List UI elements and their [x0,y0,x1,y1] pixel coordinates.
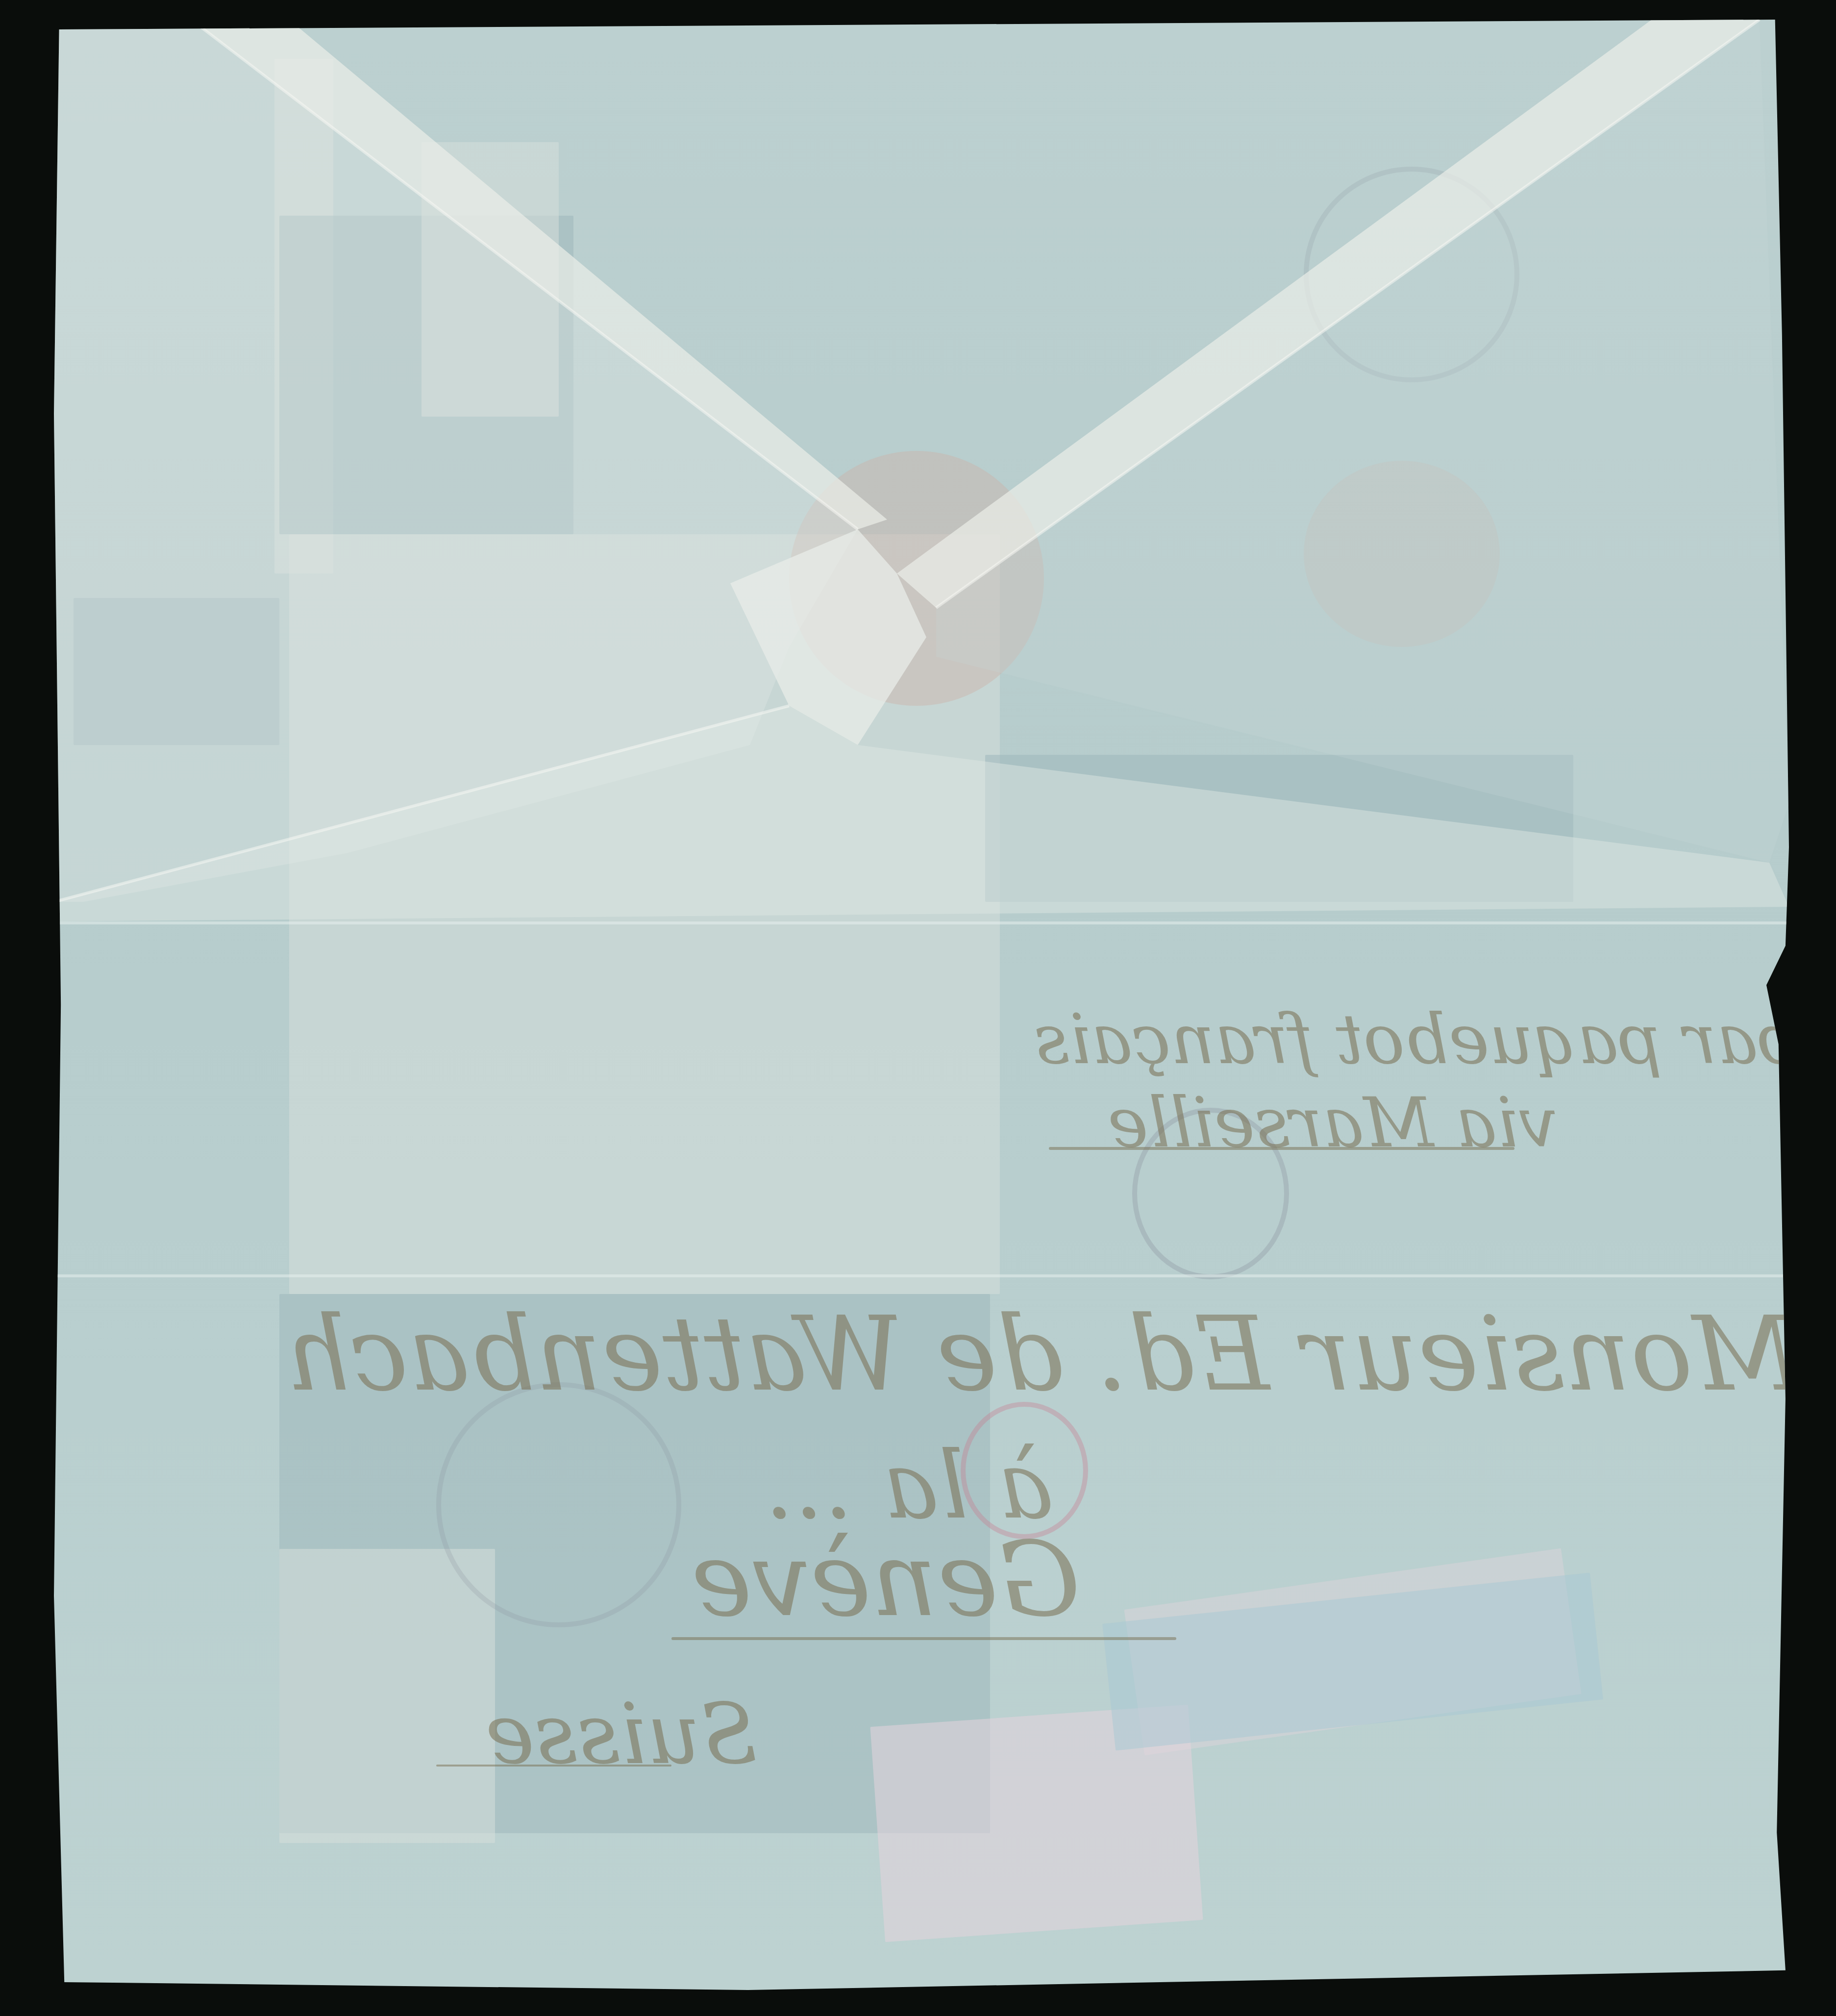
seal-shadow [789,451,1044,706]
stamp-shadow [422,142,559,417]
stamp-shadow [985,755,1573,902]
showthrough-route-line-1: par paquebot français [1034,1000,1802,1080]
fold-line [54,921,1789,924]
fold-line [54,1274,1789,1277]
stamp-shadow [279,1549,495,1843]
showthrough-address-line-3: Genève [691,1519,1080,1640]
address-underline [671,1637,1176,1640]
stamp-shadow [74,598,279,745]
seal-shadow [1304,461,1500,647]
country-underline [436,1765,671,1767]
postmark-shadow [1304,167,1519,382]
route-underline [1049,1147,1514,1150]
showthrough-route-line-2: via Marseille [1108,1083,1557,1163]
stamp-shadow [1102,1572,1603,1750]
showthrough-address-line-4: Suisse [485,1686,757,1783]
envelope-back: par paquebot français via Marseille Mons… [54,20,1789,1990]
postmark-shadow [436,1382,681,1627]
showthrough-address-line-1: Monsieur Ed. de Wattenbach [284,1294,1798,1414]
